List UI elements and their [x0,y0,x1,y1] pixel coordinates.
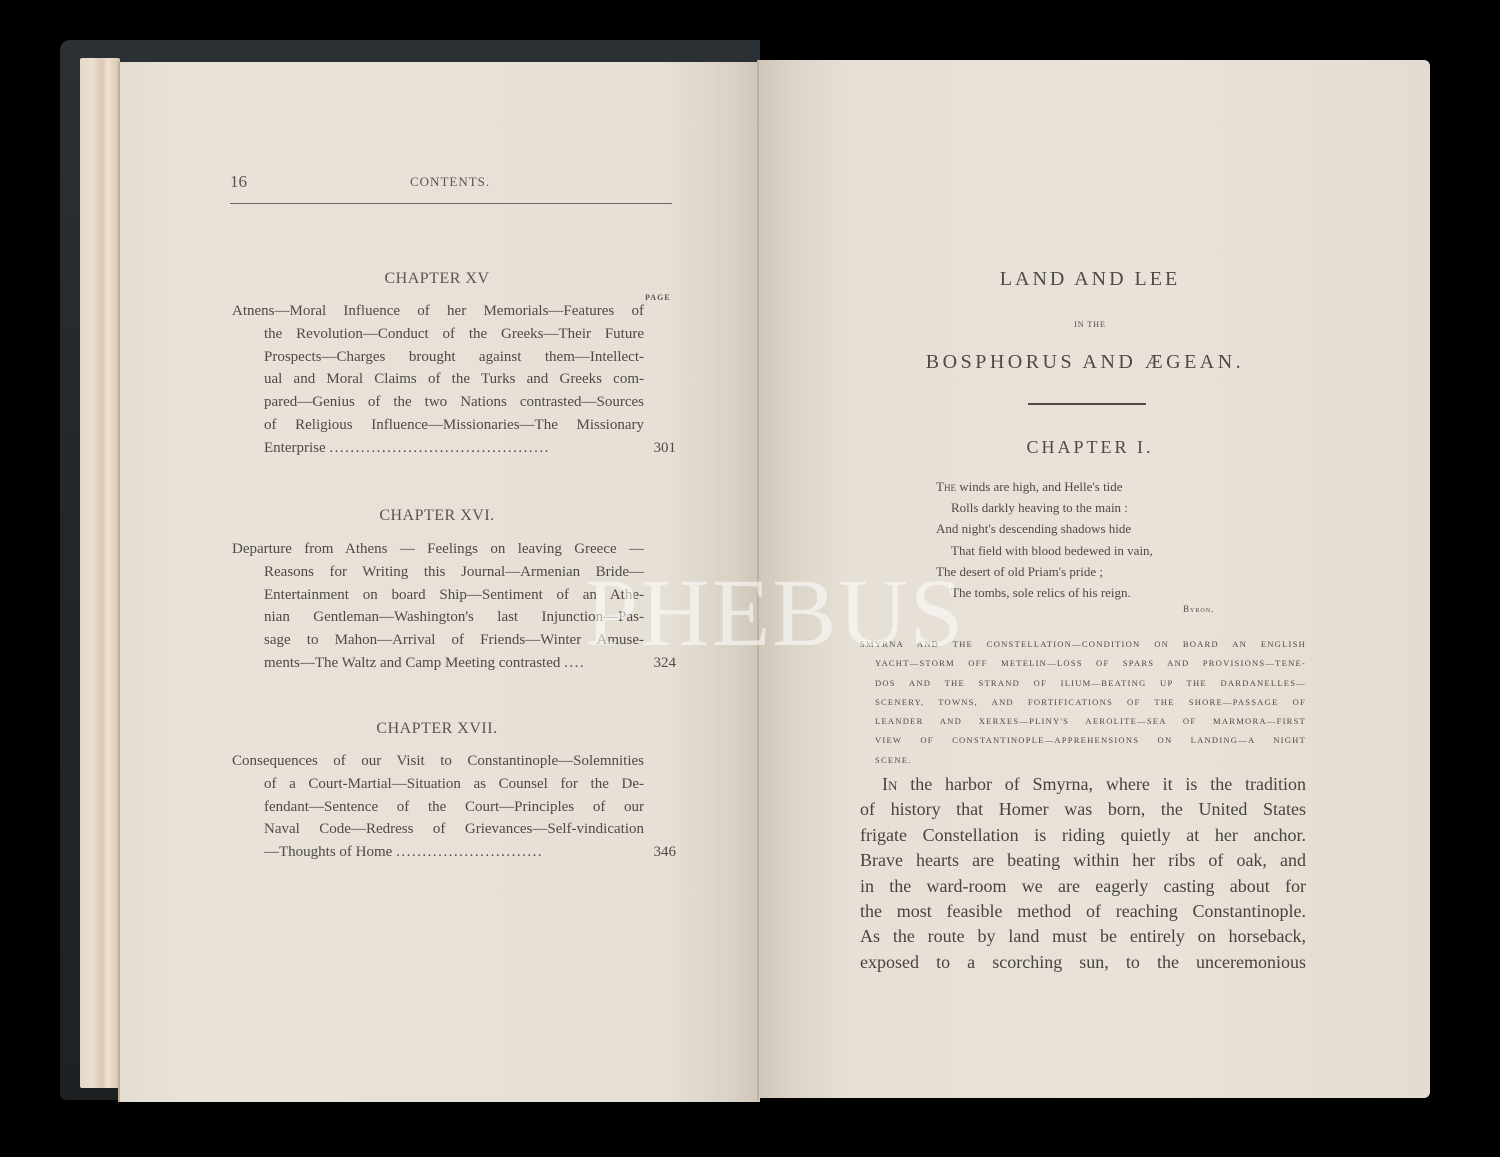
body-line: Brave hearts are beating within her ribs… [860,848,1306,873]
chapter-heading-i: CHAPTER I. [940,437,1240,458]
epigraph-first-word: The [936,479,956,494]
chapter-heading-xv: CHAPTER XV [232,270,642,288]
toc-line: pared—Genius of the two Nations contrast… [264,391,644,414]
body-line: of history that Homer was born, the Unit… [860,797,1306,822]
epigraph-line: The desert of old Priam's pride ; [936,561,1236,582]
toc-line: of Religious Influence—Missionaries—The … [264,414,644,437]
dot-leader: ........................................… [329,440,550,456]
synopsis-line: VIEW OF CONSTANTINOPLE—APPREHENSIONS ON … [875,731,1306,750]
body-paragraph: In the harbor of Smyrna, where it is the… [860,772,1306,975]
toc-line: Entertainment on board Ship—Sentiment of… [264,584,644,607]
synopsis-line: LEANDER AND XERXES—PLINY'S AEROLITE—SEA … [875,712,1306,731]
toc-line: Naval Code—Redress of Grievances—Self-vi… [264,818,644,841]
toc-line-last: Enterprise .............................… [264,437,644,460]
book-gutter [757,60,759,1100]
body-line: in the ward-room we are eagerly casting … [860,874,1306,899]
epigraph: The winds are high, and Helle's tide Rol… [936,476,1236,603]
toc-line: Consequences of our Visit to Constantino… [232,750,644,773]
body-first-line-rest: the harbor of Smyrna, where it is the tr… [897,774,1306,794]
dot-leader: ............................ [396,844,543,860]
dot-leader: .... [564,655,585,671]
toc-line: the Revolution—Conduct of the Greeks—The… [264,323,644,346]
title-connector: IN THE [940,320,1240,329]
synopsis-line: SCENERY, TOWNS, AND FORTIFICATIONS OF TH… [875,693,1306,712]
toc-entry-chapter-xvii: Consequences of our Visit to Constantino… [232,750,676,864]
toc-line: Atnens—Moral Influence of her Memorials—… [232,300,644,323]
book-title: LAND AND LEE [940,268,1240,291]
running-head: 16 CONTENTS. [230,172,672,194]
toc-page-number: 346 [654,841,677,864]
toc-entry-chapter-xvi: Departure from Athens — Feelings on leav… [232,538,676,675]
book-subtitle: BOSPHORUS AND ÆGEAN. [880,351,1290,374]
toc-line-last: —Thoughts of Home ......................… [264,841,644,864]
toc-line: of a Court-Martial—Situation as Counsel … [264,773,644,796]
body-line: frigate Constellation is riding quietly … [860,823,1306,848]
toc-line: Departure from Athens — Feelings on leav… [232,538,644,561]
epigraph-first-line-rest: winds are high, and Helle's tide [956,479,1123,494]
chapter-synopsis: SMYRNA AND THE CONSTELLATION—CONDITION O… [860,635,1308,770]
page-number: 16 [230,172,247,192]
synopsis-line: DOS AND THE STRAND OF ILIUM—BEATING UP T… [875,674,1306,693]
toc-line: Reasons for Writing this Journal—Armenia… [264,561,644,584]
body-line: the most feasible method of reaching Con… [860,899,1306,924]
epigraph-line: Rolls darkly heaving to the main : [951,497,1236,518]
synopsis-line: SCENE. [875,751,1306,770]
epigraph-line: And night's descending shadows hide [936,518,1236,539]
body-line: In the harbor of Smyrna, where it is the… [882,772,1306,797]
synopsis-line: YACHT—STORM OFF METELIN—LOSS OF SPARS AN… [875,654,1306,673]
toc-line-text: ments—The Waltz and Camp Meeting contras… [264,655,560,671]
epigraph-line: The winds are high, and Helle's tide [936,476,1236,497]
toc-line-text: Enterprise [264,440,326,456]
body-line: exposed to a scorching sun, to the uncer… [860,950,1306,975]
page-edges [80,58,120,1088]
title-rule [1028,403,1146,405]
toc-line: Prospects—Charges brought against them—I… [264,346,644,369]
toc-line: sage to Mahon—Arrival of Friends—Winter … [264,629,644,652]
body-line: As the route by land must be entirely on… [860,924,1306,949]
synopsis-line: SMYRNA AND THE CONSTELLATION—CONDITION O… [860,635,1306,654]
header-rule [230,203,672,204]
chapter-heading-xvi: CHAPTER XVI. [232,507,642,525]
toc-line: fendant—Sentence of the Court—Principles… [264,796,644,819]
chapter-heading-xvii: CHAPTER XVII. [232,720,642,738]
epigraph-attribution: Byron. [1183,604,1214,614]
toc-line-last: ments—The Waltz and Camp Meeting contras… [264,652,644,675]
body-first-word: In [882,774,897,794]
toc-line-text: —Thoughts of Home [264,844,392,860]
toc-page-number: 324 [654,652,677,675]
toc-line: nian Gentleman—Washington's last Injunct… [264,606,644,629]
epigraph-line: The tombs, sole relics of his reign. [951,582,1236,603]
toc-line: ual and Moral Claims of the Turks and Gr… [264,368,644,391]
toc-entry-chapter-xv: Atnens—Moral Influence of her Memorials—… [232,300,676,460]
toc-page-number: 301 [654,437,677,460]
epigraph-line: That field with blood bedewed in vain, [951,540,1236,561]
running-head-title: CONTENTS. [410,174,490,190]
